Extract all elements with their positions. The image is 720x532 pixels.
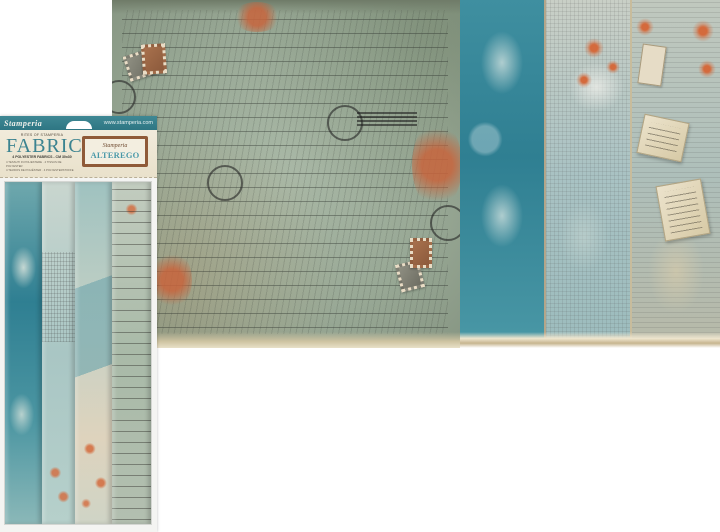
postmark-icon: [207, 165, 243, 201]
letter-text-lines: [645, 122, 682, 154]
product-package: Stamperia www.stamperia.com RITES OF STA…: [0, 116, 157, 532]
fabric-notes: 4 TESSUTI IN POLIESTERE · 4 TISSUS DE PO…: [6, 160, 78, 172]
orange-flower-icon: [698, 60, 716, 78]
paper-curl: [632, 332, 720, 348]
pattern-preview: [112, 0, 720, 348]
collection-badge: Stamperia ALTEREGO: [82, 136, 148, 167]
blossom-cluster: [412, 120, 462, 210]
teal-damask-sheet: [460, 0, 546, 348]
rolled-fabrics: [4, 181, 152, 525]
handwritten-script-sheet: [112, 0, 462, 348]
paper-curl: [546, 332, 632, 348]
orange-flower-icon: [692, 20, 714, 42]
handwritten-script-roll: [112, 182, 151, 524]
blossom-cluster: [152, 250, 192, 310]
badge-collection-title: ALTEREGO: [91, 150, 140, 160]
letter-card: [636, 114, 689, 163]
orange-flower-icon: [576, 72, 592, 88]
grid-blossom-roll: [42, 182, 76, 524]
orange-flower-icon: [606, 60, 620, 74]
torn-edge-bottom: [112, 332, 460, 348]
collage-map-roll: [75, 182, 112, 524]
letter-text-lines: [664, 187, 703, 234]
fabric-spec: 4 POLYESTER FABRICS - CM 30x30: [6, 155, 78, 159]
fabric-title-block: RITES OF STAMPERIA FABRIC 4 POLYESTER FA…: [6, 133, 78, 172]
brand-url: www.stamperia.com: [104, 120, 153, 126]
badge-brand: Stamperia: [103, 143, 128, 150]
teal-damask-roll: [5, 182, 42, 524]
fabric-note-line: 4 TEJIDOS DE POLIÉSTER · 4 POLYESTERSTOF…: [6, 168, 78, 172]
postmark-lines: [357, 112, 417, 126]
hang-hole: [66, 121, 92, 129]
collage-tag-sheet: [632, 0, 720, 348]
package-label: RITES OF STAMPERIA FABRIC 4 POLYESTER FA…: [0, 130, 157, 178]
brand-logo: Stamperia: [4, 119, 42, 128]
grid-damask-sheet: [546, 0, 632, 348]
paper-curl: [460, 332, 546, 348]
letter-card: [655, 178, 710, 241]
orange-flower-icon: [636, 18, 654, 36]
fabric-note-line: 4 TESSUTI IN POLIESTERE · 4 TISSUS DE PO…: [6, 160, 78, 168]
orange-flower-icon: [584, 38, 604, 58]
fabric-title: FABRIC: [6, 137, 78, 155]
postage-stamp-icon: [141, 43, 167, 75]
blossom-cluster: [232, 2, 282, 32]
torn-edge-top: [112, 0, 460, 14]
luggage-tag-icon: [637, 44, 666, 87]
postage-stamp-icon: [410, 238, 432, 268]
